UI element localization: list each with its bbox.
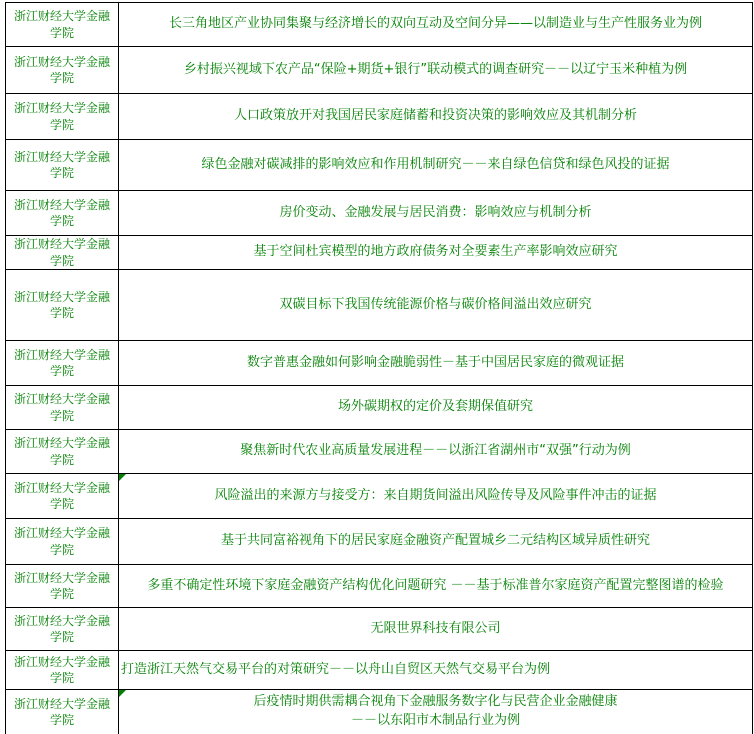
project-title: 多重不确定性环境下家庭金融资产结构优化问题研究 －－基于标准普尔家庭资产配置完整… (145, 577, 725, 596)
project-title-cell[interactable]: 数字普惠金融如何影响金融脆弱性－基于中国居民家庭的微观证据 (118, 341, 753, 385)
project-title: 聚焦新时代农业高质量发展进程－－以浙江省湖州市“双强”行动为例 (238, 442, 632, 461)
project-title-cell[interactable]: 风险溢出的来源方与接受方：来自期货间溢出风险传导及风险事件冲击的证据 (118, 474, 753, 518)
table-row: 浙江财经大学金融学院房价变动、金融发展与居民消费：影响效应与机制分析 (5, 191, 753, 236)
cell-error-triangle-icon (119, 474, 126, 481)
org-label: 浙江财经大学金融学院 (11, 613, 113, 645)
project-title: 长三角地区产业协同集聚与经济增长的双向互动及空间分异——以制造业与生产性服务业为… (167, 15, 704, 34)
org-cell[interactable]: 浙江财经大学金融学院 (5, 140, 118, 190)
org-cell[interactable]: 浙江财经大学金融学院 (5, 690, 118, 734)
project-title-cell[interactable]: 打造浙江天然气交易平台的对策研究－－以舟山自贸区天然气交易平台为例 (118, 651, 753, 689)
table-row: 浙江财经大学金融学院数字普惠金融如何影响金融脆弱性－基于中国居民家庭的微观证据 (5, 341, 753, 386)
org-label: 浙江财经大学金融学院 (11, 654, 113, 686)
org-cell[interactable]: 浙江财经大学金融学院 (5, 341, 118, 385)
project-title-cell[interactable]: 多重不确定性环境下家庭金融资产结构优化问题研究 －－基于标准普尔家庭资产配置完整… (118, 565, 753, 607)
org-label: 浙江财经大学金融学院 (11, 347, 113, 379)
org-cell[interactable]: 浙江财经大学金融学院 (5, 270, 118, 340)
org-label: 浙江财经大学金融学院 (11, 100, 113, 132)
table-row: 浙江财经大学金融学院人口政策放开对我国居民家庭储蓄和投资决策的影响效应及其机制分… (5, 94, 753, 140)
project-title: 基于空间杜宾模型的地方政府债务对全要素生产率影响效应研究 (251, 243, 619, 262)
org-label: 浙江财经大学金融学院 (11, 696, 113, 728)
project-title: 房价变动、金融发展与居民消费：影响效应与机制分析 (277, 204, 593, 223)
project-title: 数字普惠金融如何影响金融脆弱性－基于中国居民家庭的微观证据 (245, 354, 626, 373)
org-cell[interactable]: 浙江财经大学金融学院 (5, 474, 118, 518)
org-label: 浙江财经大学金融学院 (11, 480, 113, 512)
projects-table: 浙江财经大学金融学院长三角地区产业协同集聚与经济增长的双向互动及空间分异——以制… (5, 2, 753, 734)
org-label: 浙江财经大学金融学院 (11, 149, 113, 181)
project-title: 双碳目标下我国传统能源价格与碳价格间溢出效应研究 (277, 296, 593, 315)
project-title-cell[interactable]: 人口政策放开对我国居民家庭储蓄和投资决策的影响效应及其机制分析 (118, 94, 753, 139)
table-row: 浙江财经大学金融学院双碳目标下我国传统能源价格与碳价格间溢出效应研究 (5, 270, 753, 341)
project-title-cell[interactable]: 基于共同富裕视角下的居民家庭金融资产配置城乡二元结构区域异质性研究 (118, 519, 753, 564)
project-title: 后疫情时期供需耦合视角下金融服务数字化与民营企业金融健康 －－以东阳市木制品行业… (251, 693, 619, 731)
project-title-cell[interactable]: 长三角地区产业协同集聚与经济增长的双向互动及空间分异——以制造业与生产性服务业为… (118, 3, 753, 46)
table-row: 浙江财经大学金融学院基于共同富裕视角下的居民家庭金融资产配置城乡二元结构区域异质… (5, 519, 753, 565)
org-cell[interactable]: 浙江财经大学金融学院 (5, 565, 118, 607)
table-row: 浙江财经大学金融学院聚焦新时代农业高质量发展进程－－以浙江省湖州市“双强”行动为… (5, 430, 753, 474)
project-title-cell[interactable]: 后疫情时期供需耦合视角下金融服务数字化与民营企业金融健康 －－以东阳市木制品行业… (118, 690, 753, 734)
table-row: 浙江财经大学金融学院乡村振兴视域下农产品“保险+期货+银行”联动模式的调查研究－… (5, 47, 753, 94)
project-title-cell[interactable]: 双碳目标下我国传统能源价格与碳价格间溢出效应研究 (118, 270, 753, 340)
table-row: 浙江财经大学金融学院基于空间杜宾模型的地方政府债务对全要素生产率影响效应研究 (5, 236, 753, 270)
project-title: 场外碳期权的定价及套期保值研究 (336, 398, 535, 417)
org-cell[interactable]: 浙江财经大学金融学院 (5, 651, 118, 689)
project-title: 打造浙江天然气交易平台的对策研究－－以舟山自贸区天然气交易平台为例 (119, 661, 552, 680)
org-label: 浙江财经大学金融学院 (11, 8, 113, 40)
org-label: 浙江财经大学金融学院 (11, 570, 113, 602)
project-title-cell[interactable]: 场外碳期权的定价及套期保值研究 (118, 386, 753, 429)
table-row: 浙江财经大学金融学院风险溢出的来源方与接受方：来自期货间溢出风险传导及风险事件冲… (5, 474, 753, 519)
org-label: 浙江财经大学金融学院 (11, 525, 113, 557)
org-label: 浙江财经大学金融学院 (11, 435, 113, 467)
table-row: 浙江财经大学金融学院打造浙江天然气交易平台的对策研究－－以舟山自贸区天然气交易平… (5, 651, 753, 690)
org-cell[interactable]: 浙江财经大学金融学院 (5, 191, 118, 235)
org-label: 浙江财经大学金融学院 (11, 54, 113, 86)
org-cell[interactable]: 浙江财经大学金融学院 (5, 519, 118, 564)
table-row: 浙江财经大学金融学院绿色金融对碳减排的影响效应和作用机制研究－－来自绿色信贷和绿… (5, 140, 753, 191)
table-row: 浙江财经大学金融学院后疫情时期供需耦合视角下金融服务数字化与民营企业金融健康 －… (5, 690, 753, 734)
project-title: 乡村振兴视域下农产品“保险+期货+银行”联动模式的调查研究－－以辽宁玉米种植为例 (182, 61, 689, 80)
project-title: 绿色金融对碳减排的影响效应和作用机制研究－－来自绿色信贷和绿色风投的证据 (199, 156, 671, 175)
table-row: 浙江财经大学金融学院无限世界科技有限公司 (5, 608, 753, 651)
project-title-cell[interactable]: 房价变动、金融发展与居民消费：影响效应与机制分析 (118, 191, 753, 235)
project-title-cell[interactable]: 乡村振兴视域下农产品“保险+期货+银行”联动模式的调查研究－－以辽宁玉米种植为例 (118, 47, 753, 93)
org-label: 浙江财经大学金融学院 (11, 236, 113, 268)
project-title-cell[interactable]: 绿色金融对碳减排的影响效应和作用机制研究－－来自绿色信贷和绿色风投的证据 (118, 140, 753, 190)
project-title: 风险溢出的来源方与接受方：来自期货间溢出风险传导及风险事件冲击的证据 (212, 487, 658, 506)
org-label: 浙江财经大学金融学院 (11, 289, 113, 321)
table-row: 浙江财经大学金融学院长三角地区产业协同集聚与经济增长的双向互动及空间分异——以制… (5, 3, 753, 47)
org-cell[interactable]: 浙江财经大学金融学院 (5, 430, 118, 473)
cell-error-triangle-icon (119, 690, 126, 697)
project-title-cell[interactable]: 聚焦新时代农业高质量发展进程－－以浙江省湖州市“双强”行动为例 (118, 430, 753, 473)
org-cell[interactable]: 浙江财经大学金融学院 (5, 3, 118, 46)
org-cell[interactable]: 浙江财经大学金融学院 (5, 47, 118, 93)
org-label: 浙江财经大学金融学院 (11, 391, 113, 423)
project-title: 基于共同富裕视角下的居民家庭金融资产配置城乡二元结构区域异质性研究 (219, 532, 652, 551)
project-title-cell[interactable]: 基于空间杜宾模型的地方政府债务对全要素生产率影响效应研究 (118, 236, 753, 269)
project-title: 无限世界科技有限公司 (368, 620, 502, 639)
table-row: 浙江财经大学金融学院场外碳期权的定价及套期保值研究 (5, 386, 753, 430)
project-title-cell[interactable]: 无限世界科技有限公司 (118, 608, 753, 650)
org-cell[interactable]: 浙江财经大学金融学院 (5, 386, 118, 429)
table-row: 浙江财经大学金融学院多重不确定性环境下家庭金融资产结构优化问题研究 －－基于标准… (5, 565, 753, 608)
org-cell[interactable]: 浙江财经大学金融学院 (5, 608, 118, 650)
org-cell[interactable]: 浙江财经大学金融学院 (5, 94, 118, 139)
org-label: 浙江财经大学金融学院 (11, 197, 113, 229)
project-title: 人口政策放开对我国居民家庭储蓄和投资决策的影响效应及其机制分析 (232, 107, 639, 126)
org-cell[interactable]: 浙江财经大学金融学院 (5, 236, 118, 269)
spreadsheet-view: 浙江财经大学金融学院长三角地区产业协同集聚与经济增长的双向互动及空间分异——以制… (0, 0, 754, 734)
